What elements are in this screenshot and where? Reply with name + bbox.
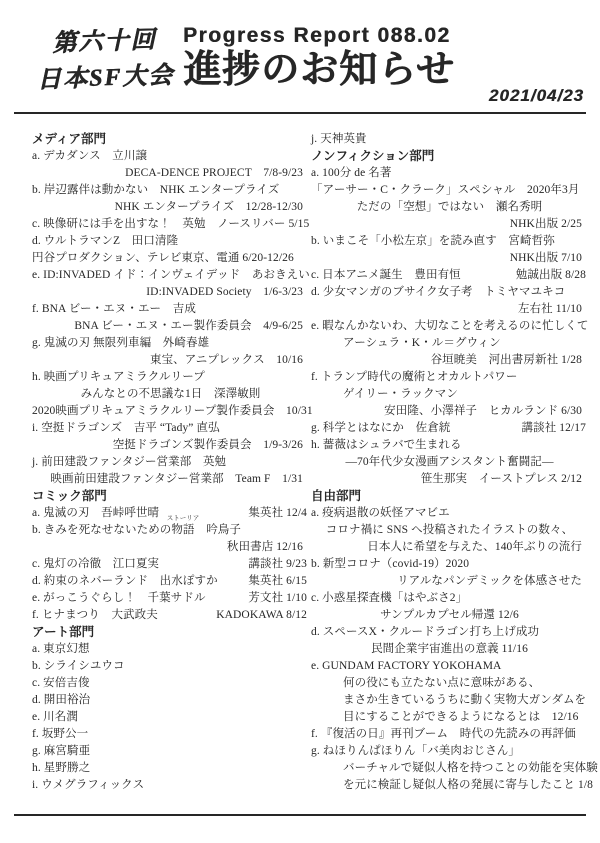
- entry-line: コロナ禍に SNS へ投稿されたイラストの数々、: [311, 522, 588, 539]
- entry: c. 映像研には手を出すな！ 英勉 ノースリバー 5/15: [32, 216, 309, 233]
- entry-line: b. 岸辺露伴は動かない NHK エンタープライズ: [32, 182, 309, 199]
- entry: d. 約束のネバーランド 出水ぽすか集英社 6/15: [32, 573, 309, 590]
- entry: c. 安倍吉俊: [32, 675, 309, 692]
- entry: j. 前田建設ファンタジー営業部 英勉映画前田建設ファンタジー営業部 Team …: [32, 454, 309, 488]
- entry: c. 小惑星探査機「はやぶさ2」サンプルカプセル帰還 12/6: [311, 590, 588, 624]
- report-title: Progress Report 088.02: [183, 24, 455, 48]
- entry-line: 秋田書店 12/16: [32, 539, 309, 556]
- entry-line: f. トランプ時代の魔術とオカルトパワー: [311, 369, 588, 386]
- entry: a. 東京幻想: [32, 641, 309, 658]
- entry-line: 目にすることができるようになるとは 12/16: [311, 709, 588, 726]
- entry-line: c. 安倍吉俊: [32, 675, 309, 692]
- entry-line: c. 小惑星探査機「はやぶさ2」: [311, 590, 588, 607]
- entry-line: アーシュラ・K・ル＝グウィン: [311, 335, 588, 352]
- entry-line: b. シライシユウコ: [32, 658, 309, 675]
- entry: h. 星野勝之: [32, 760, 309, 777]
- convention-logo-line1: 第六十回: [29, 21, 180, 62]
- entry: e. 川名潤: [32, 709, 309, 726]
- entry-publisher-date: 講談社 9/23: [248, 556, 307, 573]
- entry-line: i. ウメグラフィックス: [32, 777, 309, 794]
- entry-line: バーチャルで疑似人格を持つことの効能を実体験: [311, 760, 588, 777]
- entry: e. ID:INVADED イド：インヴェイデッド あおきえいID:INVADE…: [32, 267, 309, 301]
- entry: g. ねほりんぱほりん「バ美肉おじさん」バーチャルで疑似人格を持つことの効能を実…: [311, 743, 588, 794]
- entry: d. ウルトラマンZ 田口清隆円谷プロダクション、テレビ東京、電通 6/20-1…: [32, 233, 309, 267]
- entry: i. 空挺ドラゴンズ 吉平 “Tady” 直弘空挺ドラゴンズ製作委員会 1/9-…: [32, 420, 309, 454]
- entry-line: e. GUNDAM FACTORY YOKOHAMA: [311, 658, 588, 675]
- entry-line: e. 川名潤: [32, 709, 309, 726]
- entry-line: g. ねほりんぱほりん「バ美肉おじさん」: [311, 743, 588, 760]
- entry-title: e. がっこうぐらし！ 千葉サドル: [32, 590, 206, 607]
- entry: b. きみを死なせないための物語ストーリア 吟鳥子秋田書店 12/16: [32, 522, 309, 556]
- entry: b. 岸辺露伴は動かない NHK エンタープライズNHK エンタープライズ 12…: [32, 182, 309, 216]
- entry: d. 少女マンガのブサイク女子考 トミヤマユキコ左右社 11/10: [311, 284, 588, 318]
- entry: a. 疫病退散の妖怪アマビエコロナ禍に SNS へ投稿されたイラストの数々、日本…: [311, 505, 588, 556]
- entry-line: a. 100分 de 名著: [311, 165, 588, 182]
- entry-line: f. 『復活の日』再刊ブーム 時代の先読みの再評価: [311, 726, 588, 743]
- entry-line: まさか生きているうちに動く実物大ガンダムを: [311, 692, 588, 709]
- entry-line: 円谷プロダクション、テレビ東京、電通 6/20-12/26: [32, 250, 309, 267]
- section-title-media: メディア部門: [32, 131, 309, 148]
- entry-line: e. ID:INVADED イド：インヴェイデッド あおきえい: [32, 267, 309, 284]
- entry-line: 谷垣暁美 河出書房新社 1/28: [311, 352, 588, 369]
- entry-line: d. 少女マンガのブサイク女子考 トミヤマユキコ: [311, 284, 588, 301]
- header-divider: [14, 112, 586, 114]
- entry-line: f. ヒナまつり 大武政夫KADOKAWA 8/12: [32, 607, 309, 624]
- entry: d. 開田裕治: [32, 692, 309, 709]
- entry-line: c. 映像研には手を出すな！ 英勉 ノースリバー 5/15: [32, 216, 309, 233]
- entry-publisher-date: 集英社 12/4: [248, 505, 307, 522]
- entry-title: c. 日本アニメ誕生 豊田有恒: [311, 267, 461, 284]
- entry-line: NHK出版 2/25: [311, 216, 588, 233]
- entry: g. 鬼滅の刃 無限列車編 外崎春雄東宝、アニプレックス 10/16: [32, 335, 309, 369]
- entry-line: ID:INVADED Society 1/6-3/23: [32, 284, 309, 301]
- entry-line: g. 科学とはなにか 佐倉統講談社 12/17: [311, 420, 588, 437]
- entry: f. BNA ビー・エヌ・エー 吉成BNA ビー・エヌ・エー製作委員会 4/9-…: [32, 301, 309, 335]
- entry: b. 新型コロナ（covid-19）2020リアルなパンデミックを体感させた: [311, 556, 588, 590]
- ruby-annotated-word: 物語ストーリア: [171, 522, 194, 539]
- section-title-art: アート部門: [32, 624, 309, 641]
- entry-line: を元に検証し疑似人格の発展に寄与したこと 1/8: [311, 777, 588, 794]
- entry-line: 映画前田建設ファンタジー営業部 Team F 1/31: [32, 471, 309, 488]
- title-block: Progress Report 088.02 進捗のお知らせ: [183, 24, 455, 92]
- entry-line: 東宝、アニプレックス 10/16: [32, 352, 309, 369]
- entry-line: c. 日本アニメ誕生 豊田有恒勉誠出版 8/28: [311, 267, 588, 284]
- progress-report-page: 第六十回 日本SF大会 Progress Report 088.02 進捗のお知…: [0, 0, 600, 843]
- entry-line: j. 前田建設ファンタジー営業部 英勉: [32, 454, 309, 471]
- entry-line: サンプルカプセル帰還 12/6: [311, 607, 588, 624]
- entry: e. 暇なんかないわ、大切なことを考えるのに忙しくてアーシュラ・K・ル＝グウィン…: [311, 318, 588, 369]
- entry-line: d. 開田裕治: [32, 692, 309, 709]
- entry-line: h. 星野勝之: [32, 760, 309, 777]
- column-left: メディア部門a. デカダンス 立川譲DECA-DENCE PROJECT 7/8…: [32, 131, 309, 794]
- entry-line: d. ウルトラマンZ 田口清隆: [32, 233, 309, 250]
- section-title-comic: コミック部門: [32, 488, 309, 505]
- entry-line: a. 疫病退散の妖怪アマビエ: [311, 505, 588, 522]
- entry-line: 日本人に希望を与えた、140年ぶりの流行: [311, 539, 588, 556]
- entry-line: DECA-DENCE PROJECT 7/8-9/23: [32, 165, 309, 182]
- entry-line: a. デカダンス 立川譲: [32, 148, 309, 165]
- entry-title: g. 科学とはなにか 佐倉統: [311, 420, 450, 437]
- entry-line: d. 約束のネバーランド 出水ぽすか集英社 6/15: [32, 573, 309, 590]
- entry-line: h. 映画プリキュアミラクルリープ: [32, 369, 309, 386]
- entry: f. トランプ時代の魔術とオカルトパワーゲイリー・ラックマン安田隆、小澤祥子 ヒ…: [311, 369, 588, 420]
- entry-publisher-date: 講談社 12/17: [522, 420, 586, 437]
- report-subtitle: 進捗のお知らせ: [183, 48, 455, 92]
- entry: b. いまこそ「小松左京」を読み直す 宮崎哲弥NHK出版 7/10: [311, 233, 588, 267]
- entry-line: a. 東京幻想: [32, 641, 309, 658]
- section-title-free: 自由部門: [311, 488, 588, 505]
- ruby-reading: ストーリア: [167, 516, 200, 523]
- entry: a. デカダンス 立川譲DECA-DENCE PROJECT 7/8-9/23: [32, 148, 309, 182]
- entry-line: d. スペースX・クルードラゴン打ち上げ成功: [311, 624, 588, 641]
- entry-line: h. 薔薇はシュラバで生まれる: [311, 437, 588, 454]
- entry-line: e. 暇なんかないわ、大切なことを考えるのに忙しくて: [311, 318, 588, 335]
- entry: h. 映画プリキュアミラクルリープみんなとの不思議な1日 深澤敏則2020映画プ…: [32, 369, 309, 420]
- column-right: j. 天神英貴ノンフィクション部門a. 100分 de 名著「アーサー・C・クラ…: [309, 131, 588, 794]
- entry: e. GUNDAM FACTORY YOKOHAMA何の役にも立たない点に意味が…: [311, 658, 588, 726]
- entry-title: a. 鬼滅の刃 吾峠呼世晴: [32, 505, 159, 522]
- entry-title: f. ヒナまつり 大武政夫: [32, 607, 158, 624]
- convention-logo: 第六十回 日本SF大会: [29, 21, 181, 98]
- entry-line: g. 麻宮騎亜: [32, 743, 309, 760]
- entry-publisher-date: 勉誠出版 8/28: [516, 267, 586, 284]
- entry-title: c. 鬼灯の冷徹 江口夏実: [32, 556, 159, 573]
- entry: a. 100分 de 名著「アーサー・C・クラーク」スペシャル 2020年3月た…: [311, 165, 588, 233]
- entry-publisher-date: KADOKAWA 8/12: [216, 607, 307, 624]
- entry-line: 安田隆、小澤祥子 ヒカルランド 6/30: [311, 403, 588, 420]
- entry-line: b. きみを死なせないための物語ストーリア 吟鳥子: [32, 522, 309, 539]
- entry-line: ―70年代少女漫画アシスタント奮闘記―: [311, 454, 588, 471]
- entry-line: NHK出版 7/10: [311, 250, 588, 267]
- entry: j. 天神英貴: [311, 131, 588, 148]
- entry-line: 2020映画プリキュアミラクルリープ製作委員会 10/31: [32, 403, 309, 420]
- entry-line: j. 天神英貴: [311, 131, 588, 148]
- entry: g. 科学とはなにか 佐倉統講談社 12/17: [311, 420, 588, 437]
- entry-line: b. 新型コロナ（covid-19）2020: [311, 556, 588, 573]
- report-date: 2021/04/23: [489, 86, 584, 106]
- entry: f. 坂野公一: [32, 726, 309, 743]
- entry: f. ヒナまつり 大武政夫KADOKAWA 8/12: [32, 607, 309, 624]
- entry-line: みんなとの不思議な1日 深澤敏則: [32, 386, 309, 403]
- entry-publisher-date: 集英社 6/15: [248, 573, 307, 590]
- footer-divider: [14, 814, 586, 816]
- entry-line: i. 空挺ドラゴンズ 吉平 “Tady” 直弘: [32, 420, 309, 437]
- entry-line: e. がっこうぐらし！ 千葉サドル芳文社 1/10: [32, 590, 309, 607]
- entry: e. がっこうぐらし！ 千葉サドル芳文社 1/10: [32, 590, 309, 607]
- entry-publisher-date: 芳文社 1/10: [248, 590, 307, 607]
- entry-line: 何の役にも立たない点に意味がある、: [311, 675, 588, 692]
- entry-line: 民間企業宇宙進出の意義 11/16: [311, 641, 588, 658]
- convention-logo-line2: 日本SF大会: [30, 57, 181, 98]
- entry-line: 笹生那実 イーストプレス 2/12: [311, 471, 588, 488]
- entry-line: ただの「空想」ではない 瀬名秀明: [311, 199, 588, 216]
- entry-line: f. BNA ビー・エヌ・エー 吉成: [32, 301, 309, 318]
- entry-line: 空挺ドラゴンズ製作委員会 1/9-3/26: [32, 437, 309, 454]
- entry-title: d. 約束のネバーランド 出水ぽすか: [32, 573, 218, 590]
- entry-line: c. 鬼灯の冷徹 江口夏実講談社 9/23: [32, 556, 309, 573]
- entry-line: f. 坂野公一: [32, 726, 309, 743]
- entry-line: 「アーサー・C・クラーク」スペシャル 2020年3月: [311, 182, 588, 199]
- entry-line: 左右社 11/10: [311, 301, 588, 318]
- entry: c. 日本アニメ誕生 豊田有恒勉誠出版 8/28: [311, 267, 588, 284]
- section-title-nonfiction: ノンフィクション部門: [311, 148, 588, 165]
- entry: h. 薔薇はシュラバで生まれる―70年代少女漫画アシスタント奮闘記―笹生那実 イ…: [311, 437, 588, 488]
- entry: c. 鬼灯の冷徹 江口夏実講談社 9/23: [32, 556, 309, 573]
- content-columns: メディア部門a. デカダンス 立川譲DECA-DENCE PROJECT 7/8…: [32, 131, 588, 794]
- entry: b. シライシユウコ: [32, 658, 309, 675]
- entry: i. ウメグラフィックス: [32, 777, 309, 794]
- entry-line: リアルなパンデミックを体感させた: [311, 573, 588, 590]
- entry-line: BNA ビー・エヌ・エー製作委員会 4/9-6/25: [32, 318, 309, 335]
- entry-line: b. いまこそ「小松左京」を読み直す 宮崎哲弥: [311, 233, 588, 250]
- entry-line: ゲイリー・ラックマン: [311, 386, 588, 403]
- entry: f. 『復活の日』再刊ブーム 時代の先読みの再評価: [311, 726, 588, 743]
- entry: d. スペースX・クルードラゴン打ち上げ成功民間企業宇宙進出の意義 11/16: [311, 624, 588, 658]
- entry-line: g. 鬼滅の刃 無限列車編 外崎春雄: [32, 335, 309, 352]
- entry: g. 麻宮騎亜: [32, 743, 309, 760]
- entry-line: NHK エンタープライズ 12/28-12/30: [32, 199, 309, 216]
